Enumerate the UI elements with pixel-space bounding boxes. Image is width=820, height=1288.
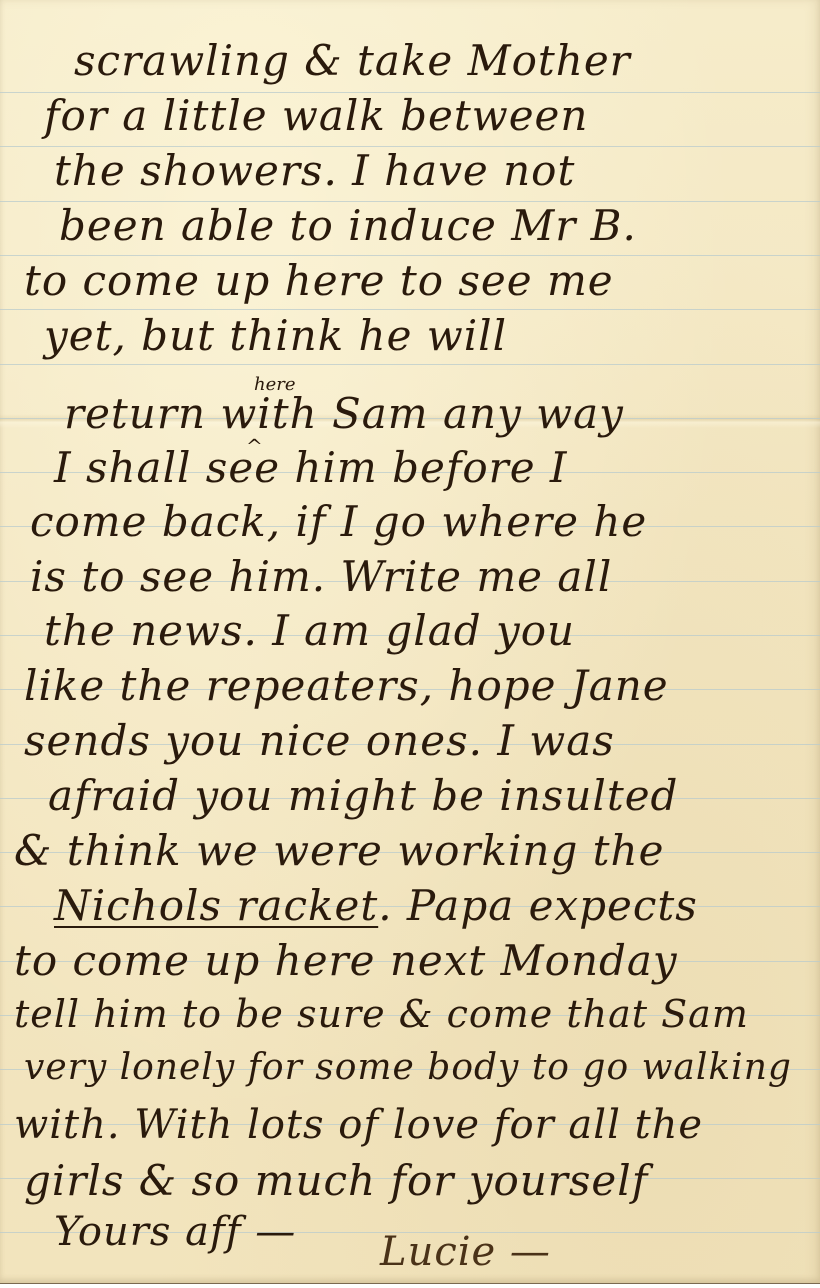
letter-line: for a little walk between [44, 95, 588, 137]
letter-line: the news. I am glad you [44, 610, 575, 652]
letter-line: very lonely for some body to go walking [24, 1050, 792, 1086]
letter-line: been able to induce Mr B. [59, 205, 637, 247]
letter-line: like the repeaters, hope Jane [24, 665, 669, 707]
line-continuation: . Papa expects [378, 881, 698, 930]
letter-line: to come up here to see me [24, 260, 614, 302]
letter-page: scrawling & take Mother for a little wal… [0, 0, 820, 1283]
letter-line: come back, if I go where he [30, 501, 647, 543]
signature: Lucie — [380, 1232, 551, 1272]
letter-line: to come up here next Monday [14, 940, 678, 982]
closing-line: Yours aff — [54, 1212, 296, 1252]
letter-line: the showers. I have not [54, 150, 575, 192]
letter-line-underlined: Nichols racket. Papa expects [54, 885, 698, 927]
letter-line: return with Sam any way [64, 393, 624, 435]
ruled-line [0, 309, 820, 310]
letter-line: yet, but think he will [44, 315, 507, 357]
letter-line: scrawling & take Mother [74, 40, 631, 82]
letter-line: sends you nice ones. I was [24, 720, 615, 762]
page-edge [0, 1283, 820, 1288]
underlined-phrase: Nichols racket [54, 881, 378, 930]
letter-line: is to see him. Write me all [30, 556, 612, 598]
letter-line: afraid you might be insulted [48, 775, 678, 817]
letter-line: tell him to be sure & come that Sam [14, 995, 749, 1033]
ruled-line [0, 364, 820, 365]
letter-line: with. With lots of love for all the [14, 1105, 703, 1145]
letter-line: girls & so much for yourself [24, 1160, 648, 1202]
letter-line: & think we were working the [14, 830, 664, 872]
letter-line: I shall see him before I [54, 447, 568, 489]
